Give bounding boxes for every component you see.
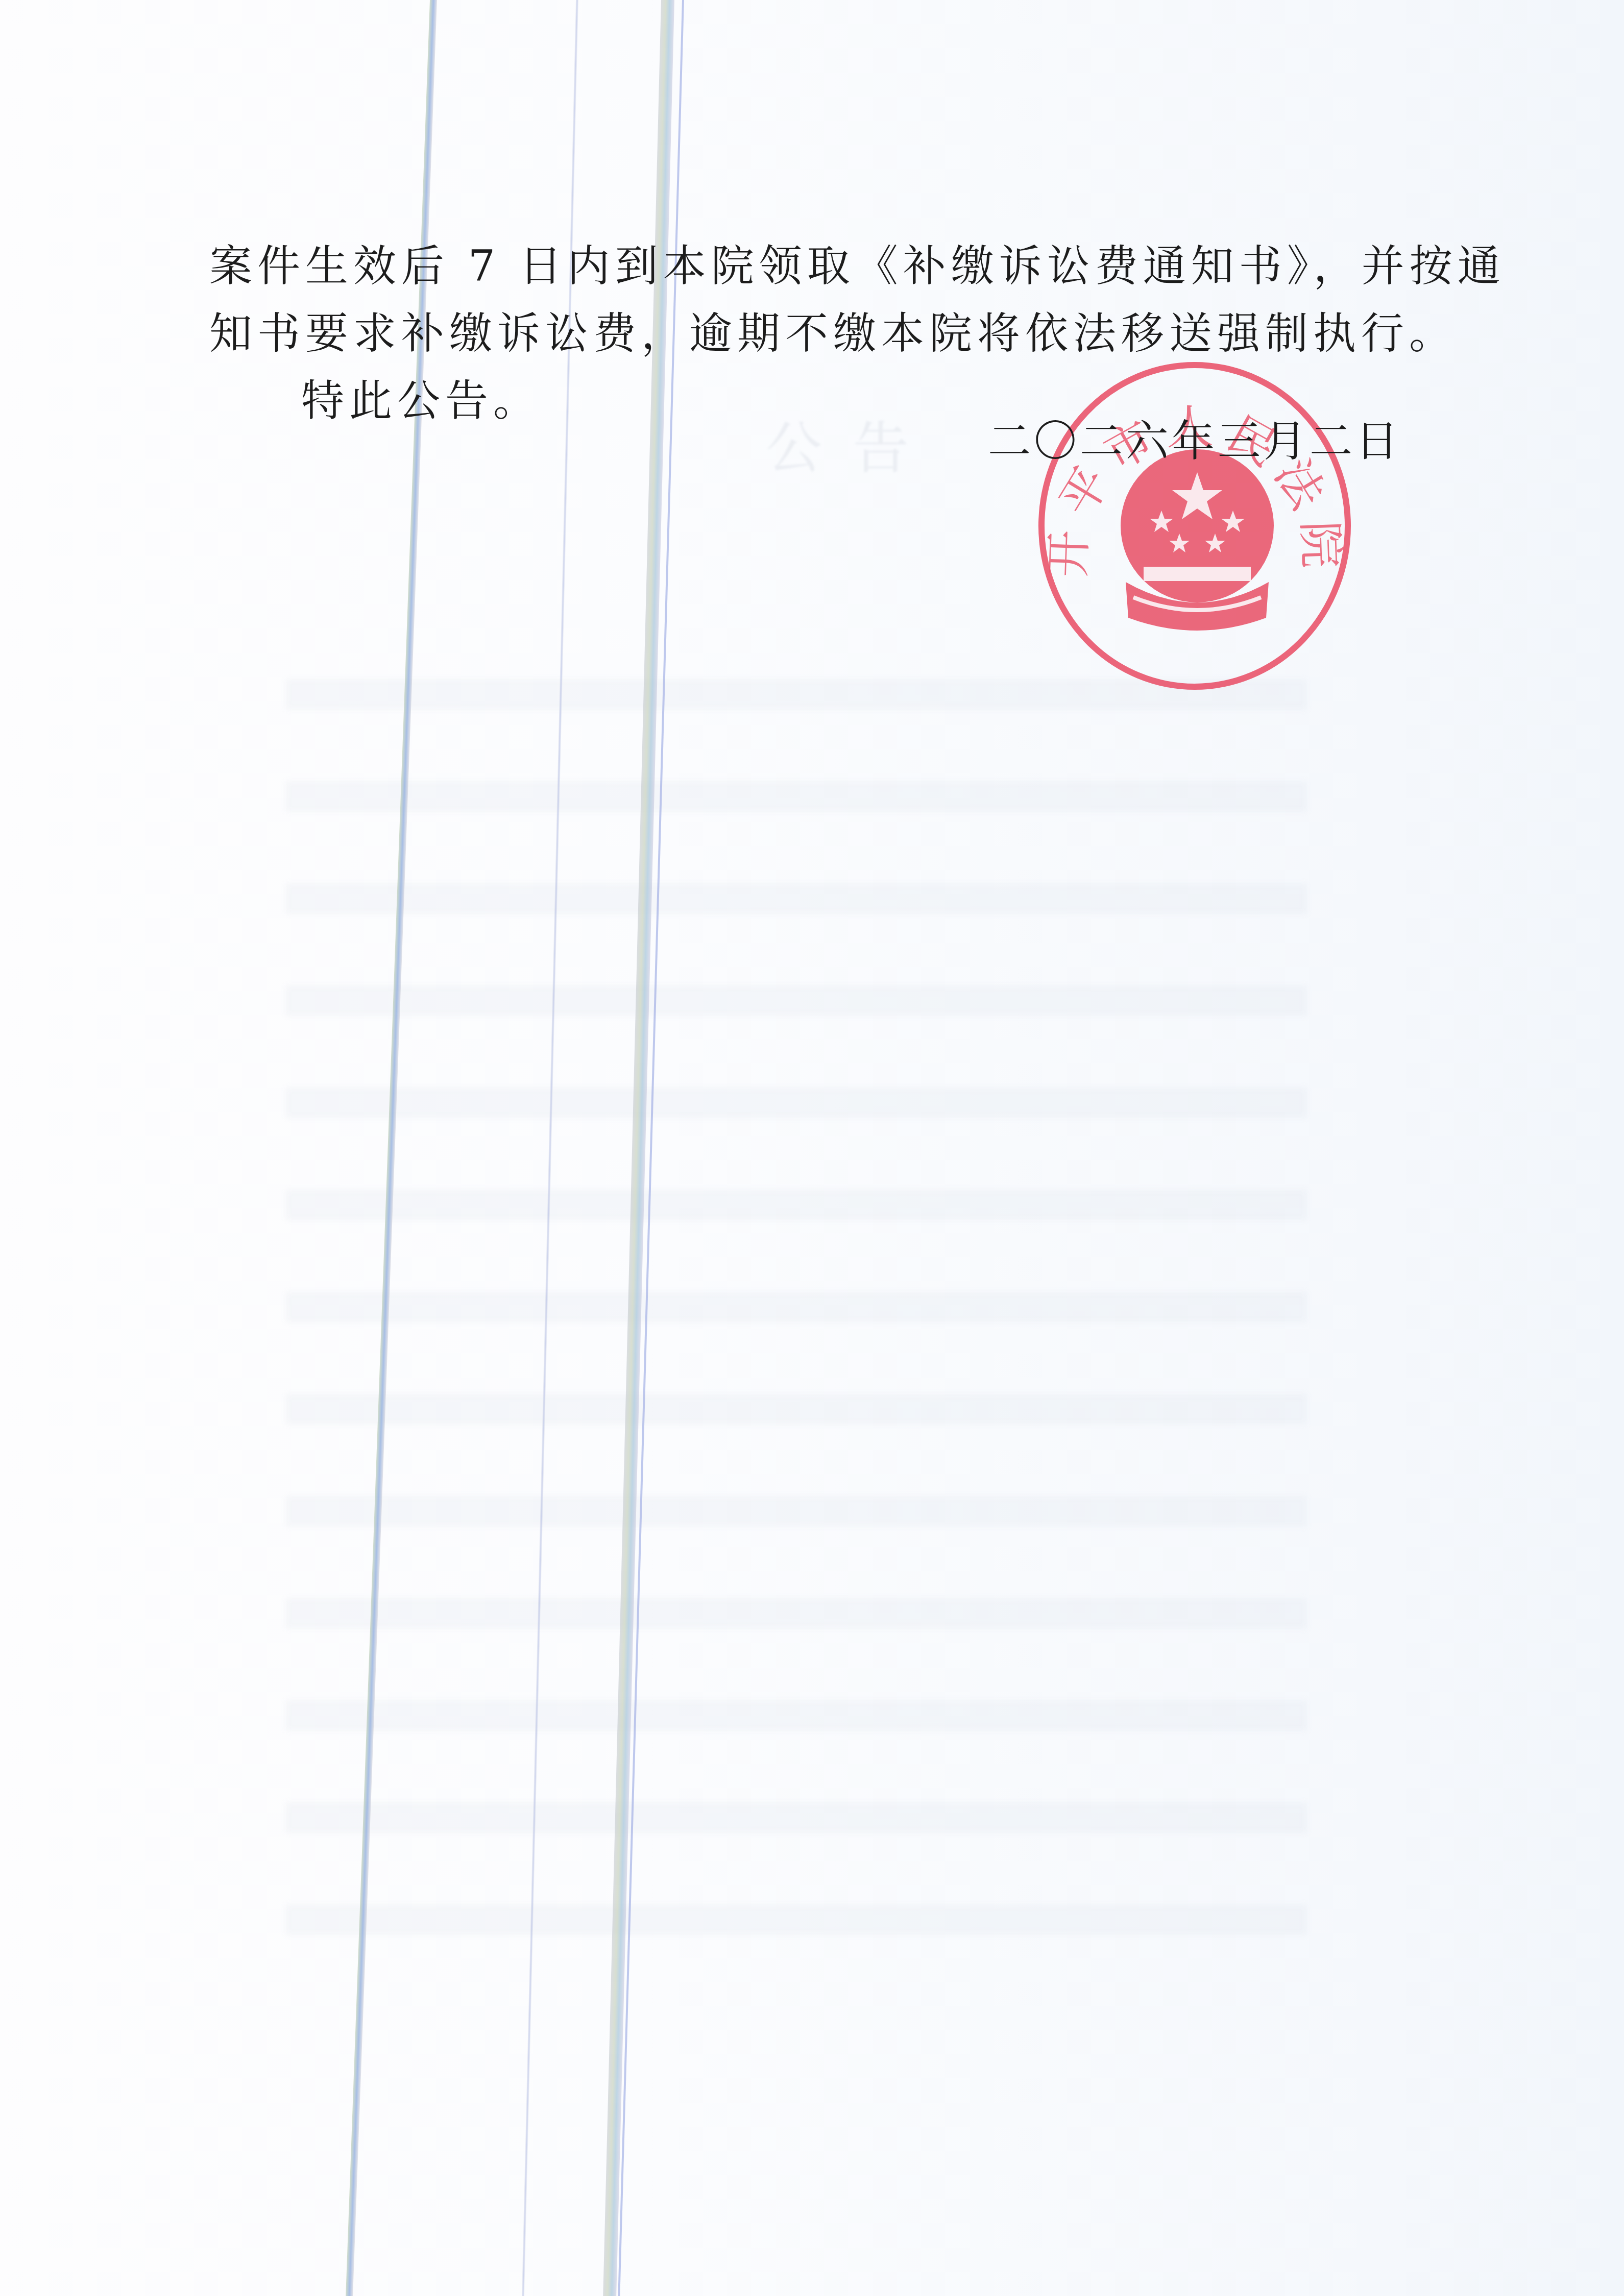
- body-line: 案件生效后 7 日内到本院领取《补缴诉讼费通知书》，并按通: [209, 232, 1414, 300]
- document-page: 公告 案件生效后 7 日内到本院领取《补缴诉讼费通知书》，并按通 知书要求补缴诉…: [0, 0, 1624, 2296]
- issue-date: 二〇二六年三月二日: [988, 407, 1401, 469]
- national-emblem-icon: [1121, 449, 1274, 631]
- reverse-side-bleed-through: [286, 623, 1307, 2001]
